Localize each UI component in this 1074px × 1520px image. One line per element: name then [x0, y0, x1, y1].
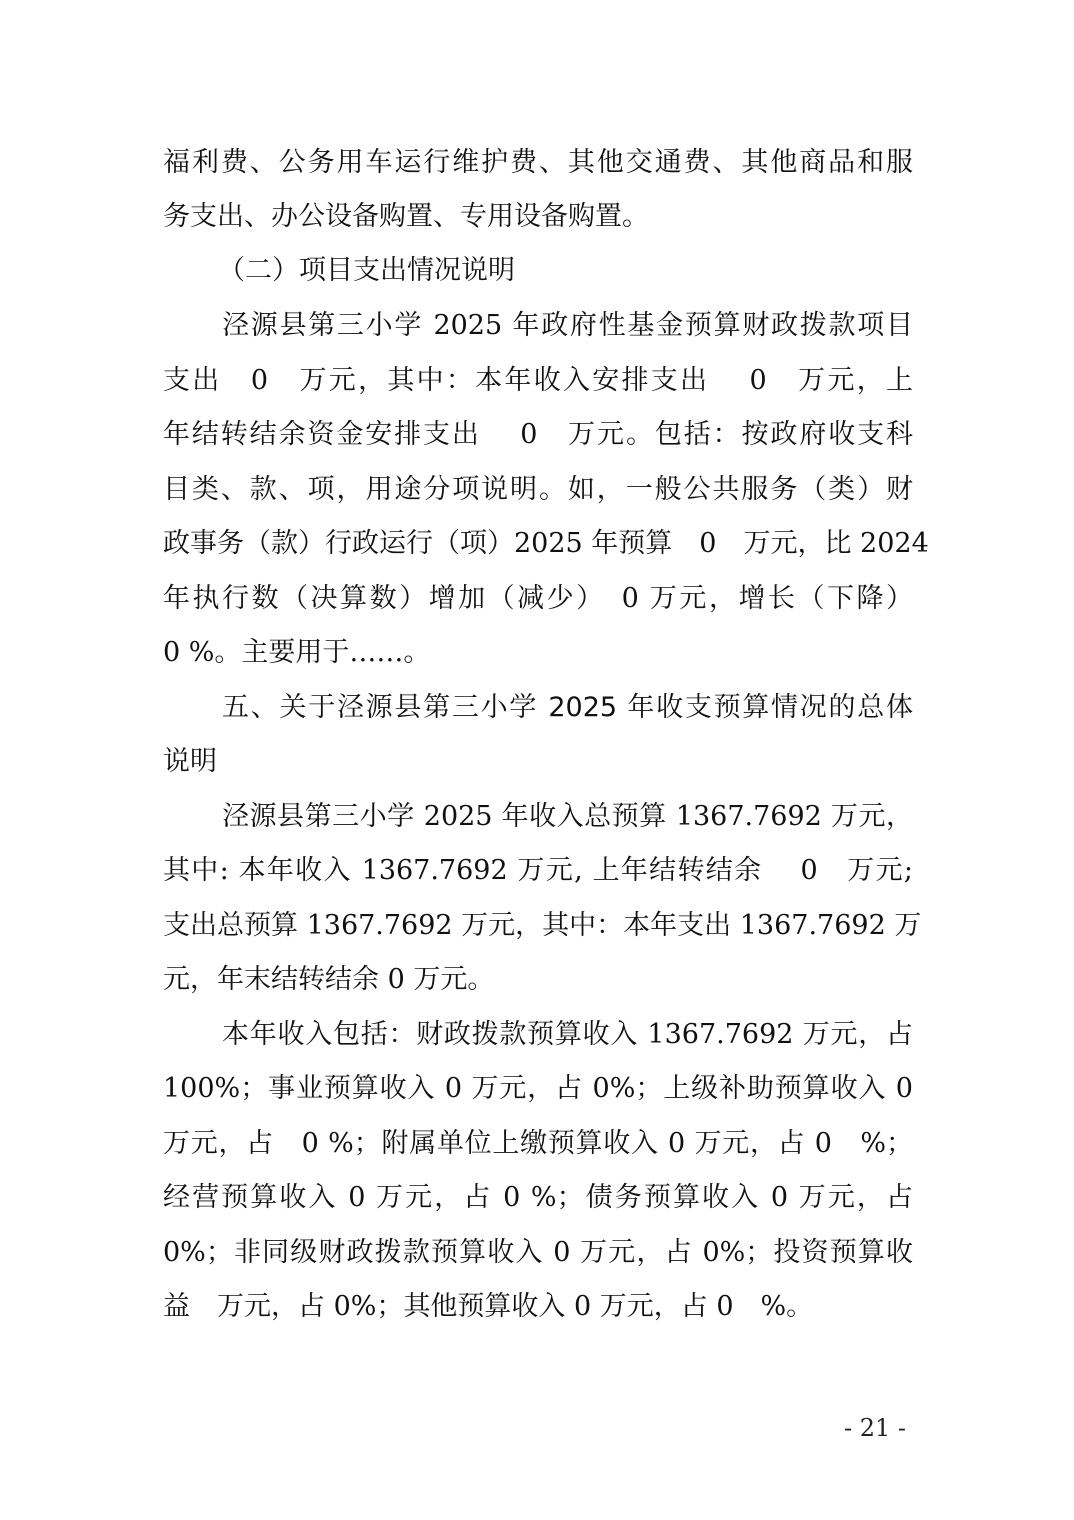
body-line: 泾源县第三小学 2025 年政府性基金预算财政拨款项目	[222, 308, 913, 344]
body-line: 益 万元，占 0%；其他预算收入 0 万元，占 0 %。	[163, 1289, 913, 1325]
body-line: 万元，占 0 %；附属单位上缴预算收入 0 万元，占 0 %；	[163, 1126, 913, 1162]
body-line: 支出总预算 1367.7692 万元，其中：本年支出 1367.7692 万	[163, 908, 913, 944]
body-line: 0 %。主要用于……。	[163, 635, 913, 671]
section-subheading: （二）项目支出情况说明	[218, 253, 968, 289]
body-line: 福利费、公务用车运行维护费、其他交通费、其他商品和服	[163, 145, 913, 181]
page-number: - 21 -	[820, 1413, 930, 1443]
document-page: 福利费、公务用车运行维护费、其他交通费、其他商品和服 务支出、办公设备购置、专用…	[0, 0, 1074, 1520]
body-line: 年结转结余资金安排支出 0 万元。包括：按政府收支科	[163, 417, 913, 453]
body-line: 本年收入包括：财政拨款预算收入 1367.7692 万元，占	[222, 1017, 913, 1053]
section-heading: 说明	[163, 744, 913, 780]
body-line: 100%；事业预算收入 0 万元，占 0%；上级补助预算收入 0	[163, 1071, 913, 1107]
section-heading: 五、关于泾源县第三小学 2025 年收支预算情况的总体	[222, 690, 913, 726]
body-line: 元，年末结转结余 0 万元。	[163, 962, 913, 998]
body-line: 经营预算收入 0 万元，占 0 %；债务预算收入 0 万元，占	[163, 1180, 913, 1216]
body-line: 支出 0 万元，其中：本年收入安排支出 0 万元，上	[163, 363, 913, 399]
body-line: 务支出、办公设备购置、专用设备购置。	[163, 199, 913, 235]
body-line: 其中: 本年收入 1367.7692 万元, 上年结转结余 0 万元;	[163, 853, 913, 889]
body-line: 目类、款、项，用途分项说明。如，一般公共服务（类）财	[163, 472, 913, 508]
body-line: 0%；非同级财政拨款预算收入 0 万元，占 0%；投资预算收	[163, 1235, 913, 1271]
body-line: 泾源县第三小学 2025 年收入总预算 1367.7692 万元，	[222, 799, 913, 835]
body-line: 政事务（款）行政运行（项）2025 年预算 0 万元，比 2024	[163, 526, 913, 562]
body-line: 年执行数（决算数）增加（减少） 0 万元，增长（下降）	[163, 581, 913, 617]
